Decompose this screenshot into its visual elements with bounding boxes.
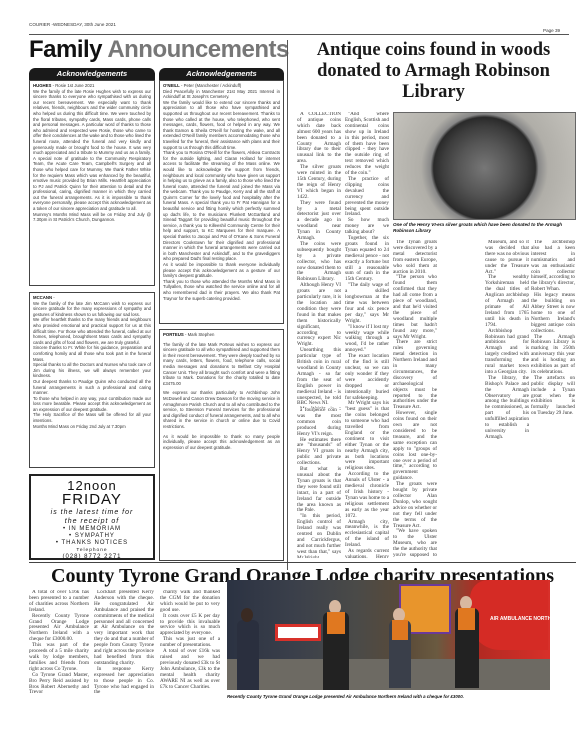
orange-col-2: Lockhart presented Kerry Anderson with t… <box>94 590 154 698</box>
orange-photo-caption: Recently County Tyrone Grand Orange Lodg… <box>227 694 550 700</box>
notice-mccann: MCCANN - We the family of the late Jim M… <box>29 292 155 468</box>
orange-col-1: A total of over £16k has been presented … <box>29 590 89 698</box>
section-rule <box>29 562 576 563</box>
notice-name: MCCANN <box>33 295 52 300</box>
acknowledgements-header: Acknowledgements <box>159 68 284 80</box>
coins-col-1b: a fourpence coin - was the most common c… <box>297 408 341 558</box>
notice-name: O'NEILL <box>163 83 180 88</box>
page-number: Page 39 <box>543 28 560 33</box>
header-rule <box>29 34 569 35</box>
coins-col-4: Museum, and so it was decided that there… <box>485 240 529 558</box>
cheque <box>275 624 321 641</box>
notice-body: We the family of the late Rosie Hughes w… <box>33 89 151 212</box>
notice-name: PORTEUS <box>163 332 184 337</box>
section-title: Family Announcements <box>29 36 289 64</box>
running-head: COURIER -WEDNESDAY, 30th June 2021 <box>29 22 116 27</box>
orange-col-3: charity walk and thanked the CGM for the… <box>160 590 220 698</box>
coin-photo <box>393 112 576 220</box>
notice-name: HUGHES <box>33 83 51 88</box>
coins-headline: Antique coins found in woods donated to … <box>291 40 576 103</box>
coins-col-1: A COLLECTION of antique coins which date… <box>297 112 341 408</box>
helicopter: AIR AMBULANCE NORTHERN IRELAND CHARITY <box>470 580 548 650</box>
coins-col-2: "And where English, Scottish and contine… <box>345 112 389 558</box>
phone-number: (028) 8772 2271 <box>31 554 153 561</box>
notice-oneill: O'NEILL - Peter (Manchester / Ackinduff)… <box>159 80 284 324</box>
ack-column-left: Acknowledgements HUGHES - Rosie 1st June… <box>29 68 155 560</box>
section-title-family: Family <box>29 36 102 63</box>
notice-hughes: HUGHES - Rosie 1st June 2021 We the fami… <box>29 80 155 286</box>
air-ambulance-photo: AIR AMBULANCE NORTHERN IRELAND CHARITY <box>227 580 550 690</box>
column-divider <box>287 40 288 570</box>
coins-col-5: The archbishop also had a keen interest … <box>531 240 575 558</box>
person <box>237 620 259 690</box>
acknowledgements-header: Acknowledgements <box>29 68 155 80</box>
deadline-advert: 12noon FRIDAY is the latest time for the… <box>29 474 155 560</box>
notice-body: Mummy's Months Mind Mass will be on Frid… <box>33 212 151 223</box>
coins-col-3: The Tynan groats were discovered by a me… <box>393 240 437 558</box>
ack-column-right: Acknowledgements O'NEILL - Peter (Manche… <box>159 68 284 561</box>
coin-photo-caption: One of the Henry VI-era silver groats wh… <box>393 222 576 233</box>
notice-porteus: PORTEUS - Mark Stephen The family of the… <box>159 329 284 561</box>
section-title-announcements: Announcements <box>107 36 289 63</box>
